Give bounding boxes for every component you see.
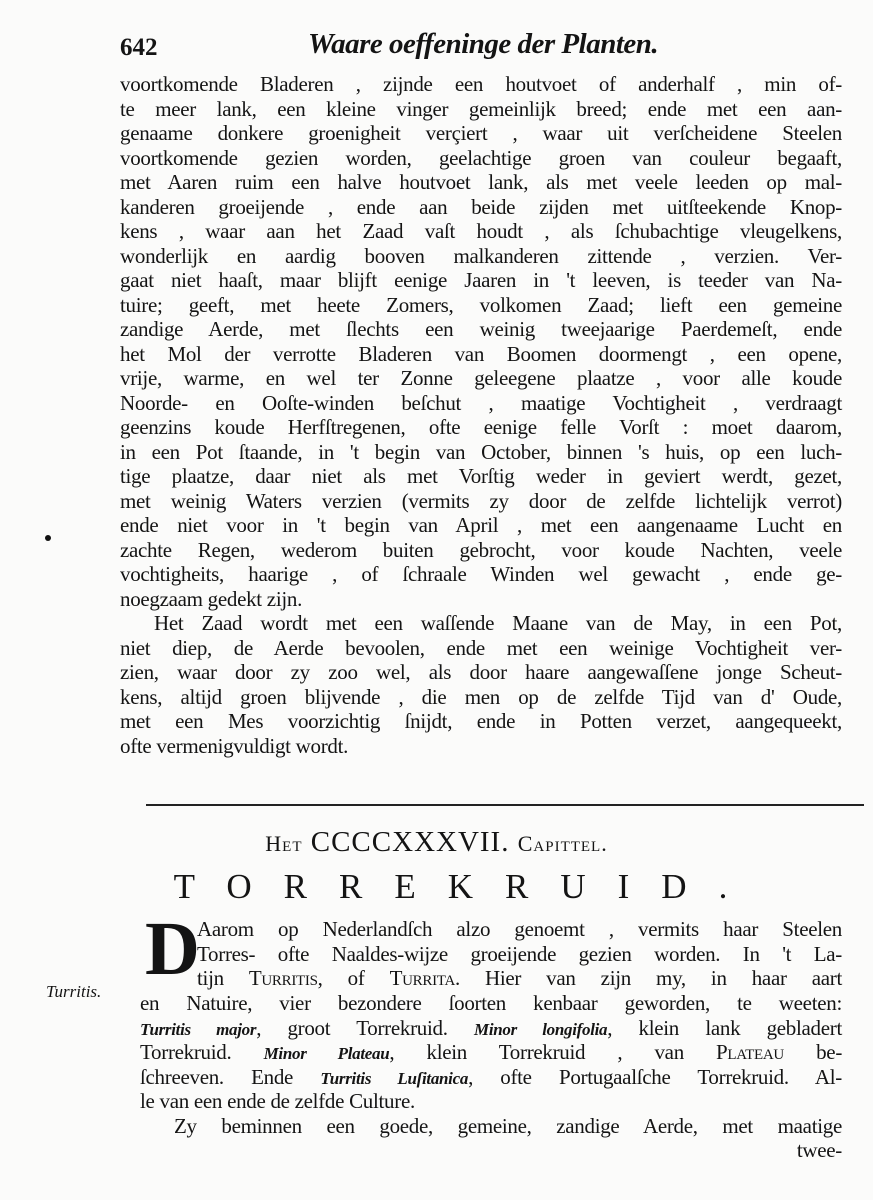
text-line: Torrekruid. Minor Plateau, klein Torrekr… (140, 1040, 842, 1065)
chapter-title: TORREKRUID. (0, 867, 873, 907)
text-line: wonderlijk en aardig booven malkanderen … (120, 244, 842, 269)
text-line: met weinig Waters verzien (vermits zy do… (120, 489, 842, 514)
text-line: voortkomende Bladeren , zijnde een houtv… (120, 72, 842, 97)
text-line: vochtigheits, haarige , of ſchraale Wind… (120, 562, 842, 587)
text-line: ende niet voor in 't begin van April , m… (120, 513, 842, 538)
text-line: met een Mes voorzichtig ſnijdt, ende in … (120, 709, 842, 734)
text-line: Noorde- en Ooſte-winden beſchut , maatig… (120, 391, 842, 416)
text-line: tuire; geeft, met heete Zomers, volkomen… (120, 293, 842, 318)
text-line: noegzaam gedekt zijn. (120, 587, 842, 612)
ink-spot (45, 535, 51, 541)
text-line: in een Pot ſtaande, in 't begin van Octo… (120, 440, 842, 465)
book-page: 642 Waare oeffeninge der Planten. voortk… (0, 0, 873, 1200)
text-line: niet diep, de Aerde bevoolen, ende met e… (120, 636, 842, 661)
chapter-heading: Het CCCCXXXVII. Capittel. (0, 826, 873, 859)
text-line: Torres- ofte Naaldes-wijze groeijende ge… (197, 942, 842, 967)
text-line: Het Zaad wordt met een waſſende Maane va… (120, 611, 842, 636)
text-line: tige plaatze, daar niet als met Vorſtig … (120, 464, 842, 489)
text-line: met Aaren ruim een halve houtvoet lank, … (120, 170, 842, 195)
text-line: gaat niet haaſt, maar blijft eenige Jaar… (120, 268, 842, 293)
text-line: tijn Turritis, of Turrita. Hier van zijn… (197, 966, 842, 991)
text-line: zien, waar door zy zoo wel, als door haa… (120, 660, 842, 685)
species-list: en Natuire, vier bezondere ſoorten kenba… (140, 991, 842, 1163)
running-head: 642 Waare oeffeninge der Planten. (118, 28, 838, 68)
text-line: voortkomende gezien worden, geelachtige … (120, 146, 842, 171)
body-paragraph-1: voortkomende Bladeren , zijnde een houtv… (120, 72, 842, 758)
text-line: le van een ende de zelfde Culture. (140, 1089, 842, 1114)
text-line: Zy beminnen een goede, gemeine, zandige … (140, 1114, 842, 1139)
text-line: vrije, warme, en wel ter Zonne geleegene… (120, 366, 842, 391)
text-line: geenzins koude Herfſtregenen, ofte eenig… (120, 415, 842, 440)
text-line: Aarom op Nederlandſch alzo genoemt , ver… (197, 917, 842, 942)
text-line: te meer lank, een kleine vinger gemeinli… (120, 97, 842, 122)
text-line: het Mol der verrotte Bladeren van Boomen… (120, 342, 842, 367)
intro-lines: Aarom op Nederlandſch alzo genoemt , ver… (197, 917, 842, 991)
text-line: genaame donkere groenigheit verçiert , w… (120, 121, 842, 146)
page-number: 642 (120, 34, 158, 62)
text-line: ſchreeven. Ende Turritis Luſitanica, oft… (140, 1065, 842, 1090)
section-divider (146, 804, 864, 806)
text-line: kanderen groeijende , ende aan beide zij… (120, 195, 842, 220)
text-line: kens , waar aan het Zaad vaſt houdt , al… (120, 219, 842, 244)
text-line: Turritis major, groot Torrekruid. Minor … (140, 1016, 842, 1041)
running-title: Waare oeffeninge der Planten. (308, 28, 658, 61)
chapter-number: CCCCXXXVII. (311, 826, 510, 858)
text-line: ofte vermenigvuldigt wordt. (120, 734, 842, 759)
text-line: kens, altijd groen blijvende , die men o… (120, 685, 842, 710)
margin-note: Turritis. (46, 982, 101, 1002)
catchword: twee- (140, 1138, 842, 1163)
text-line: zandige Aerde, met ſlechts een weinig tw… (120, 317, 842, 342)
text-line: zachte Regen, wederom buiten gebrocht, v… (120, 538, 842, 563)
text-line: en Natuire, vier bezondere ſoorten kenba… (140, 991, 842, 1016)
drop-cap: D (145, 914, 200, 984)
